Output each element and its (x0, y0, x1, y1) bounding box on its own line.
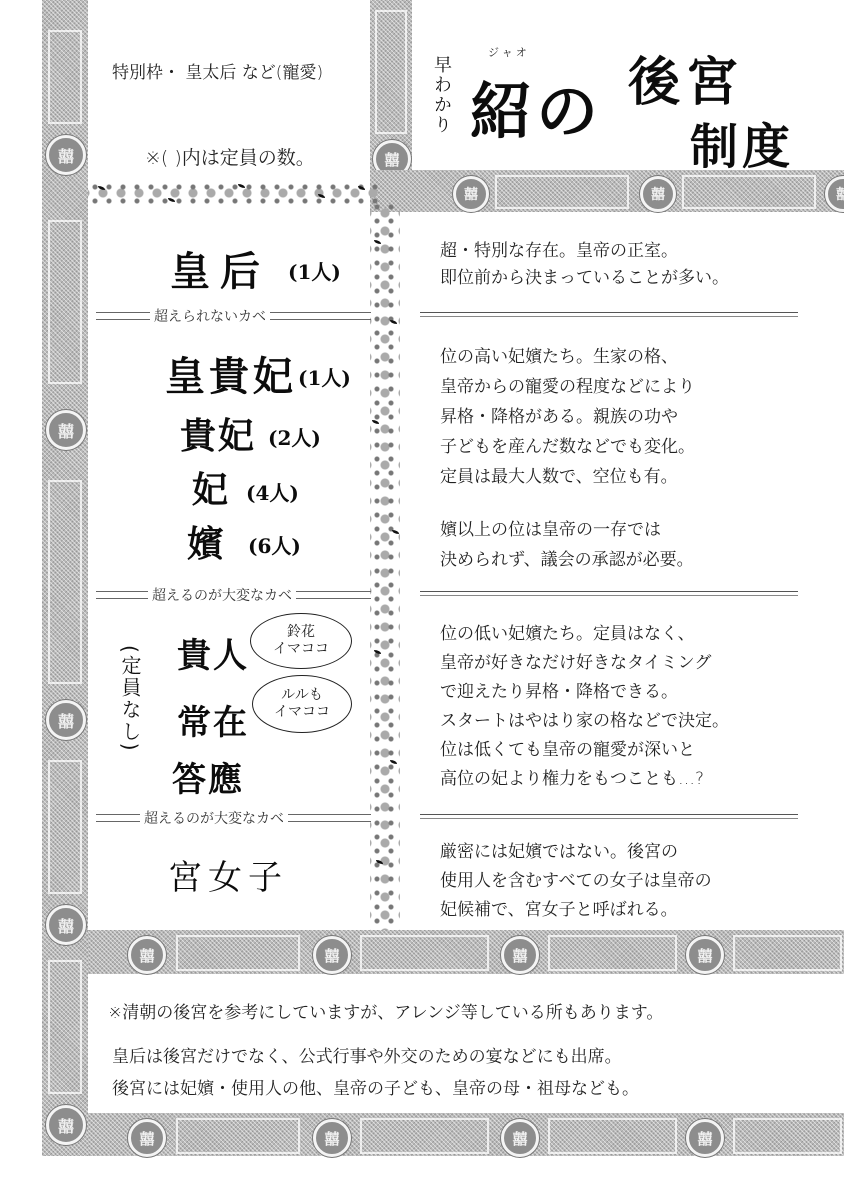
fret-pattern (682, 175, 816, 209)
leaf-icon (374, 650, 381, 654)
double-happiness-medallion-icon: 囍 (46, 1105, 86, 1145)
rank-concubine: 嬪 (187, 516, 223, 567)
high-rank-approval-note: 嬪以上の位は皇帝の一存では 決められず、議会の承認が必要。 (440, 515, 694, 575)
section-rule (420, 591, 798, 596)
leaf-icon (372, 420, 379, 424)
title-main-2: 後宮 (628, 40, 744, 115)
rank-noble-consort: 貴妃 (180, 408, 256, 459)
bubble-line: 鈴花 (287, 624, 315, 641)
double-happiness-medallion-icon: 囍 (46, 700, 86, 740)
double-happiness-medallion-icon: 囍 (46, 905, 86, 945)
leaf-icon (392, 530, 399, 534)
double-happiness-medallion-icon: 囍 (46, 410, 86, 450)
fret-pattern (733, 935, 842, 971)
title-furigana: ジャオ (488, 44, 530, 60)
wall-divider-label: 超えるのが大変なカベ (148, 585, 296, 605)
fret-pattern (548, 935, 677, 971)
section-rule (420, 814, 798, 819)
fret-pattern (176, 935, 300, 971)
fret-pattern (375, 10, 407, 134)
double-happiness-medallion-icon: 囍 (46, 135, 86, 175)
floral-vine-horizontal (88, 180, 378, 206)
bubble-line: イマココ (273, 641, 329, 658)
court-lady-description: 厳密には妃嬪ではない。後宮の 使用人を含むすべての女子は皇帝の 妃候補で、宮女子… (440, 838, 712, 925)
fret-pattern (495, 175, 629, 209)
double-happiness-medallion-icon: 囍 (640, 176, 676, 212)
rank-count: (2人) (268, 422, 321, 451)
double-happiness-medallion-icon: 囍 (501, 1119, 539, 1157)
section-rule (420, 312, 798, 317)
rank-second-attendant: 答應 (172, 752, 244, 801)
leaf-icon (238, 184, 245, 188)
double-happiness-medallion-icon: 囍 (128, 1119, 166, 1157)
rank-imperial-noble-consort: 皇貴妃 (165, 345, 297, 402)
fret-pattern (360, 935, 489, 971)
speech-bubble-linghua: 鈴花 イマココ (250, 613, 352, 669)
footer-note-reference: ※清朝の後宮を参考にしていますが、アレンジ等している所もあります。 (108, 998, 663, 1023)
double-happiness-medallion-icon: 囍 (128, 936, 166, 974)
left-ornamental-border: 囍 囍 囍 囍 囍 (42, 0, 88, 1156)
leaf-icon (390, 320, 397, 324)
high-rank-description: 位の高い妃嬪たち。生家の格、 皇帝からの寵愛の程度などにより 昇格・降格がある。… (440, 342, 695, 492)
special-slot-note: 特別枠・ 皇太后 など(寵愛) (112, 58, 323, 83)
empress-description: 超・特別な存在。皇帝の正室。 即位前から決まっていることが多い。 (440, 238, 729, 292)
footer-note-harem: 後宮には妃嬪・使用人の他、皇帝の子ども、皇帝の母・祖母なども。 (112, 1074, 639, 1099)
leaf-icon (168, 198, 175, 202)
fret-pattern (733, 1118, 842, 1154)
double-happiness-medallion-icon: 囍 (313, 936, 351, 974)
fret-pattern (48, 960, 82, 1094)
footer-note-empress: 皇后は後宮だけでなく、公式行事や外交のための宴などにも出席。 (112, 1042, 622, 1067)
no-limit-label: (定員なし) (116, 645, 145, 753)
fret-pattern (548, 1118, 677, 1154)
fret-pattern (360, 1118, 489, 1154)
rank-empress: 皇后 (170, 240, 270, 297)
leaf-icon (318, 194, 325, 198)
double-happiness-medallion-icon: 囍 (453, 176, 489, 212)
rank-count: (6人) (248, 530, 301, 559)
rank-consort: 妃 (192, 462, 228, 513)
title-main-1: 紹の (470, 62, 602, 151)
leaf-icon (390, 760, 397, 764)
double-happiness-medallion-icon: 囍 (686, 936, 724, 974)
leaf-icon (376, 860, 383, 864)
rank-empress-count: (1人) (288, 256, 341, 285)
bubble-line: イマココ (274, 704, 330, 721)
wall-divider-label: 超えるのが大変なカベ (140, 808, 288, 828)
rank-count: (4人) (246, 477, 299, 506)
rank-noble-lady: 貴人 (177, 628, 249, 677)
double-happiness-medallion-icon: 囍 (686, 1119, 724, 1157)
wall-divider-label: 超えられないカベ (150, 306, 270, 326)
middle-ornamental-band: 囍 囍 囍 囍 (88, 930, 844, 974)
fret-pattern (48, 760, 82, 894)
rank-count: (1人) (298, 362, 351, 391)
fret-pattern (176, 1118, 300, 1154)
leaf-icon (98, 186, 105, 190)
title-prefix: 早わかり (428, 55, 454, 135)
leaf-icon (358, 186, 365, 190)
leaf-icon (374, 240, 381, 244)
count-footnote: ※( )内は定員の数。 (145, 143, 315, 170)
rank-court-lady: 宮女子 (168, 850, 288, 899)
speech-bubble-lulu: ルルも イマココ (252, 675, 352, 733)
fret-pattern (48, 480, 82, 684)
fret-pattern (48, 30, 82, 124)
low-rank-description: 位の低い妃嬪たち。定員はなく、 皇帝が好きなだけ好きなタイミング で迎えたり昇格… (440, 620, 729, 794)
rank-first-attendant: 常在 (177, 695, 249, 744)
double-happiness-medallion-icon: 囍 (313, 1119, 351, 1157)
bubble-line: ルルも (281, 687, 323, 704)
title-main-3: 制度 (690, 108, 794, 177)
floral-vine-vertical (370, 200, 400, 930)
double-happiness-medallion-icon: 囍 (501, 936, 539, 974)
fret-pattern (48, 220, 82, 384)
double-happiness-medallion-icon: 囍 (825, 176, 844, 212)
bottom-ornamental-band: 囍 囍 囍 囍 (88, 1113, 844, 1156)
